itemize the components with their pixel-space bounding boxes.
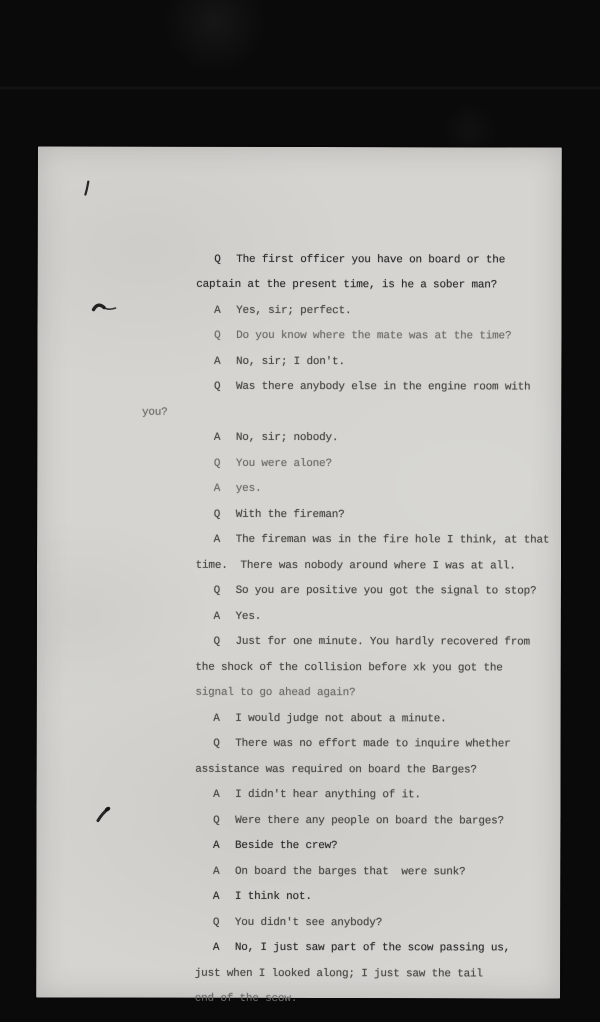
transcript-lines: QThe first officer you have on board or … [36,221,562,987]
qa-speaker: A [213,604,235,630]
line-text: Yes, sir; perfect. [236,304,351,316]
qa-speaker: A [214,298,236,324]
line-text: signal to go ahead again? [195,687,355,699]
line-text: assistance was required on board the Bar… [195,763,477,776]
line-text: I think not. [235,891,312,903]
qa-speaker: A [214,426,236,452]
line-text: captain at the present time, is he a sob… [196,279,497,292]
qa-speaker: Q [213,808,235,834]
qa-speaker: Q [214,375,236,401]
qa-speaker: A [213,706,235,732]
line-text: You didn't see anybody? [235,916,382,928]
transcript-line: QJust for one minute. You hardly recover… [37,604,561,631]
transcript-line: QThe first officer you have on board or … [38,221,562,248]
qa-speaker: Q [213,910,235,936]
line-text: Was there anybody else in the engine roo… [236,381,530,394]
qa-speaker: A [214,349,236,375]
qa-speaker: Q [214,502,236,528]
qa-speaker: Q [214,579,236,605]
qa-speaker: A [213,936,235,962]
qa-speaker: Q [214,324,236,350]
line-text: yes. [236,483,262,495]
line-text: There was no effort made to inquire whet… [235,738,510,751]
qa-speaker: A [214,528,236,554]
line-text: No, sir; I don't. [236,355,345,367]
line-text: the shock of the collision before xk you… [195,661,502,674]
qa-speaker: A [213,834,235,860]
line-text: On board the barges that were sunk? [235,865,465,877]
transcript-line: QWith the fireman? [37,476,561,503]
qa-speaker: Q [213,732,235,758]
line-text: With the fireman? [236,508,345,520]
line-text: time. There was nobody around where I wa… [196,559,516,572]
line-text: I didn't hear anything of it. [235,789,421,801]
qa-speaker: A [213,859,235,885]
scan-background: QThe first officer you have on board or … [0,0,600,1022]
line-text: Beside the crew? [235,840,337,852]
line-text: So you are positive you got the signal t… [236,585,537,598]
line-text: Yes. [236,610,262,622]
line-text: No, sir; nobody. [236,432,338,444]
qa-speaker: A [213,783,235,809]
qa-speaker: A [213,885,235,911]
line-text: No, I just saw part of the scow passing … [235,942,510,955]
line-text: Do you know where the mate was at the ti… [236,330,511,343]
line-text: You were alone? [236,457,332,469]
line-text: The first officer you have on board or t… [236,253,505,266]
line-text: end of the scow. [195,993,297,1005]
line-text: I would judge not about a minute. [235,712,446,724]
line-text: Were there any people on board the barge… [235,814,504,827]
line-text: The fireman was in the fire hole I think… [236,534,550,547]
qa-speaker: Q [214,247,236,273]
qa-speaker: A [214,477,236,503]
qa-speaker: Q [213,630,235,656]
line-text: you? [142,406,168,418]
qa-speaker: Q [214,451,236,477]
line-text: Just for one minute. You hardly recovere… [235,636,529,649]
handwritten-tick-mark [83,181,91,197]
line-text: just when I looked along; I just saw the… [195,967,483,980]
scanned-page: QThe first officer you have on board or … [36,146,562,998]
